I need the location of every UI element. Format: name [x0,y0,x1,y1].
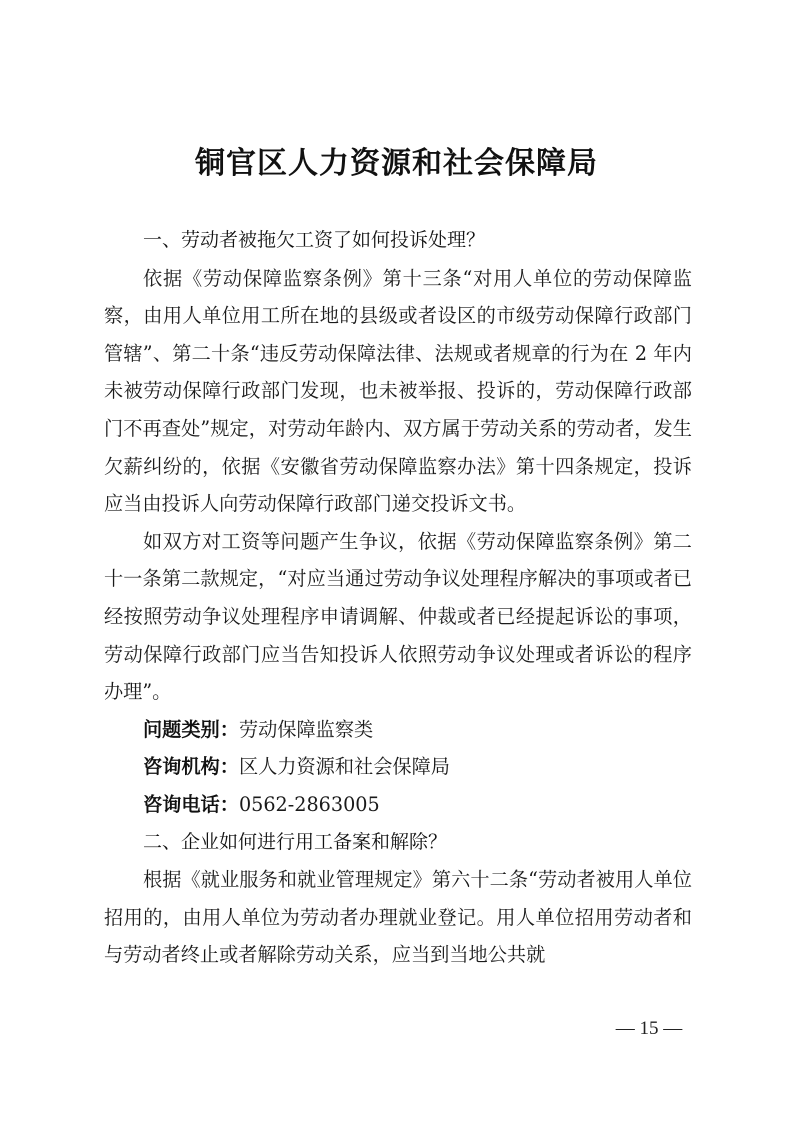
field-agency-label: 咨询机构： [143,755,239,778]
field-phone: 咨询电话：0562-2863005 [104,786,692,824]
section-1-heading: 一、劳动者被拖欠工资了如何投诉处理？ [104,222,692,260]
field-agency-value: 区人力资源和社会保障局 [239,755,450,778]
section-1-paragraph-2: 如双方对工资等问题产生争议，依据《劳动保障监察条例》第二十一条第二款规定，“对应… [104,523,692,711]
section-1-paragraph-1: 依据《劳动保障监察条例》第十三条“对用人单位的劳动保障监察，由用人单位用工所在地… [104,260,692,523]
document-title: 铜官区人力资源和社会保障局 [0,138,793,182]
field-phone-label: 咨询电话： [143,793,239,816]
field-category-value: 劳动保障监察类 [239,718,373,741]
page-number: — 15 — [604,1018,694,1040]
field-category-label: 问题类别： [143,718,239,741]
document-body: 一、劳动者被拖欠工资了如何投诉处理？ 依据《劳动保障监察条例》第十三条“对用人单… [104,222,692,974]
section-2-paragraph-1: 根据《就业服务和就业管理规定》第六十二条“劳动者被用人单位招用的，由用人单位为劳… [104,861,692,974]
field-category: 问题类别：劳动保障监察类 [104,711,692,749]
field-phone-value: 0562-2863005 [239,793,380,816]
section-2-heading: 二、企业如何进行用工备案和解除？ [104,824,692,862]
field-agency: 咨询机构：区人力资源和社会保障局 [104,748,692,786]
document-page: 铜官区人力资源和社会保障局 一、劳动者被拖欠工资了如何投诉处理？ 依据《劳动保障… [0,0,793,1122]
